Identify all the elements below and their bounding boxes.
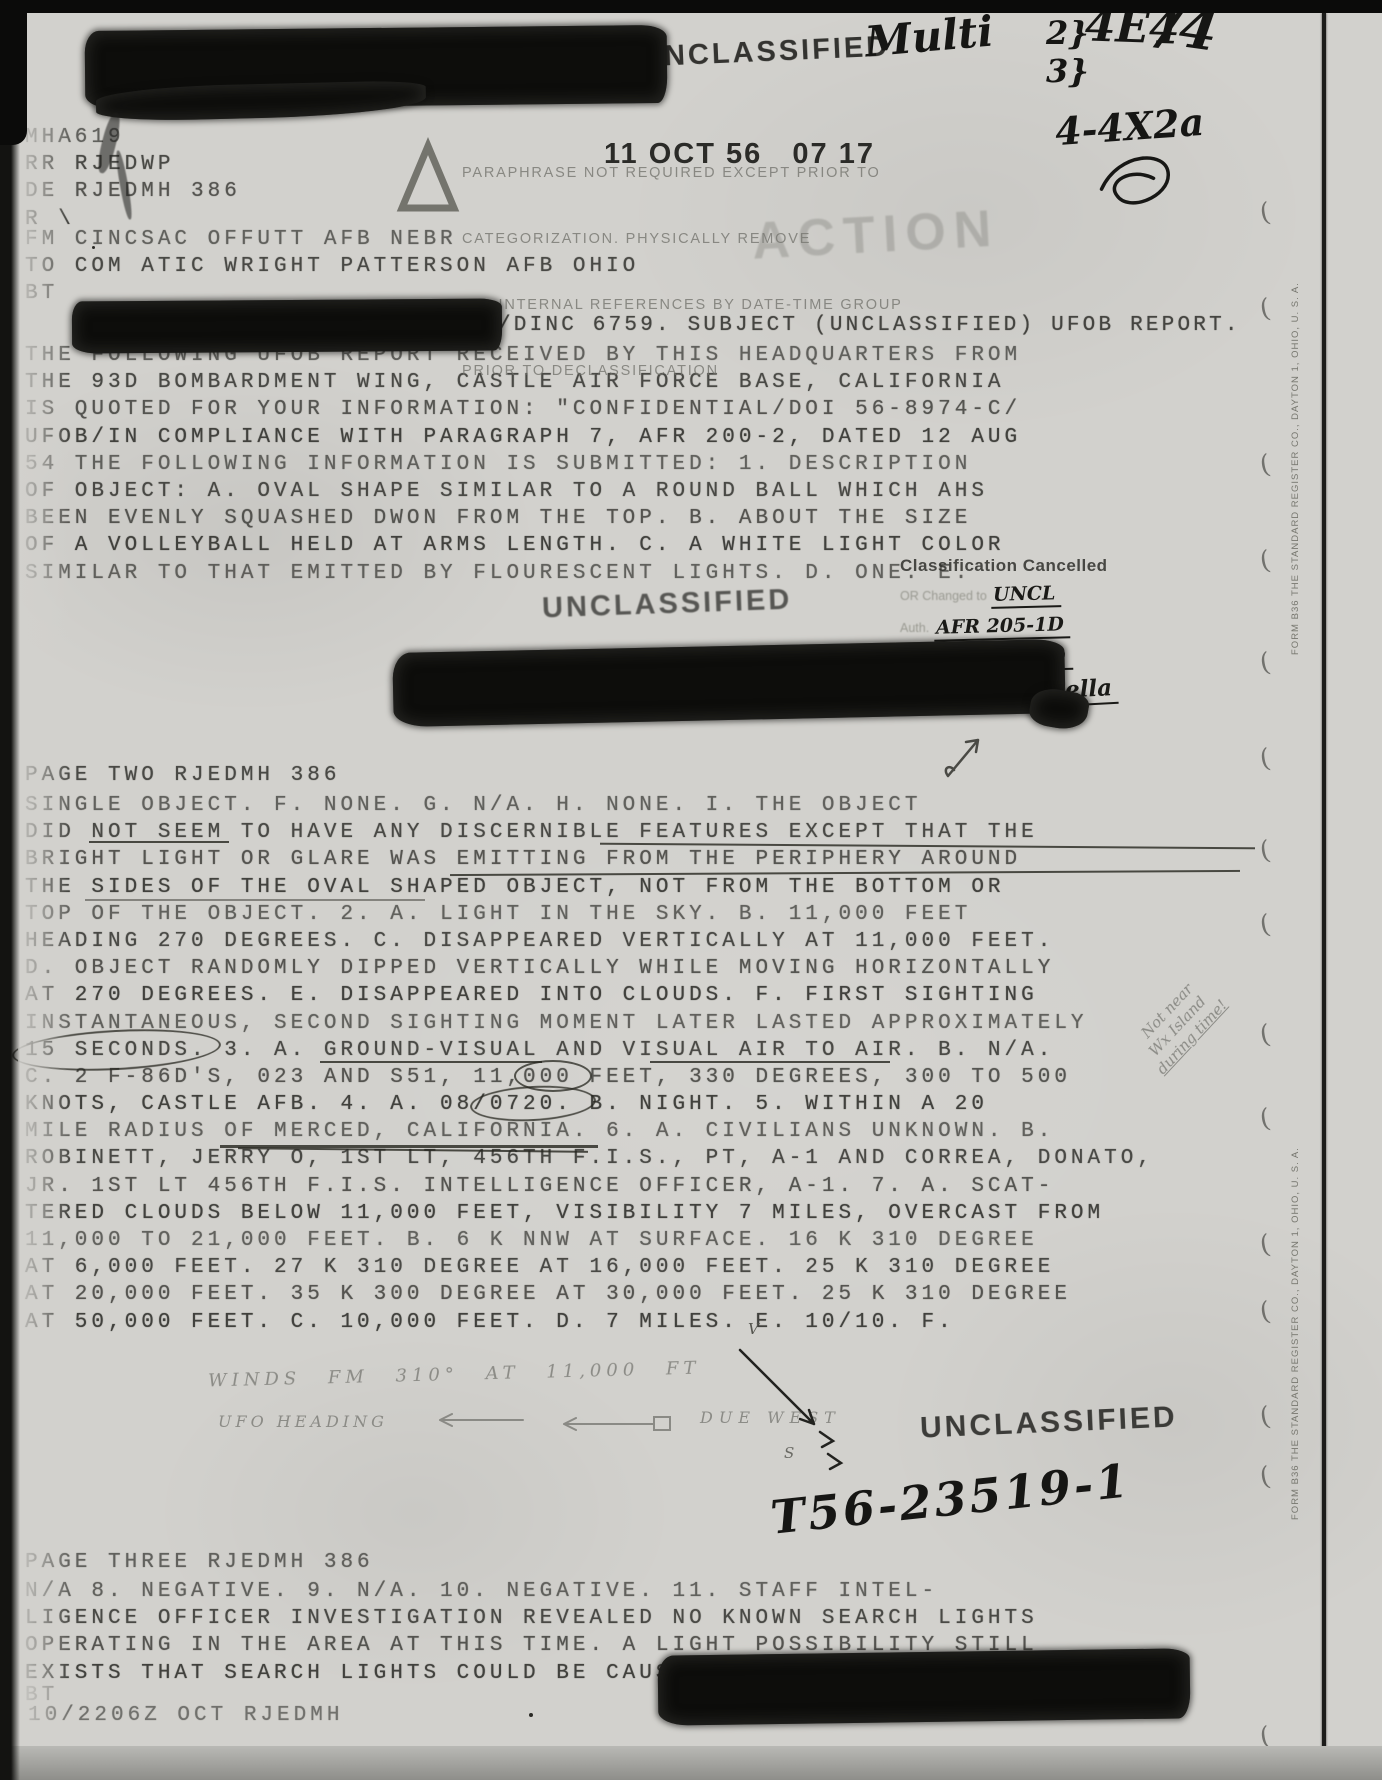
feed-hole-mark: ( [1257,1103,1272,1134]
typed-line: LIGENCE OFFICER INVESTIGATION REVEALED N… [25,1605,1038,1632]
feed-hole-mark: ( [1257,545,1272,576]
ink-underline [89,841,229,843]
scan-edge-corner [0,0,27,145]
handwritten-corner-3: 3} [1046,52,1089,90]
pencil-ufo-heading-note: UFO HEADING [218,1412,388,1431]
ink-speck [529,1713,533,1717]
teletype-header: MHA619RR RJEDWPDE RJEDMH 386R \ [25,124,241,233]
feed-hole-mark: ( [1257,197,1272,228]
typed-line: MILE RADIUS OF MERCED, CALIFORNIA. 6. A.… [25,1118,1154,1145]
scan-edge-left [0,0,20,1780]
page3-title: PAGE THREE RJEDMH 386 [25,1551,374,1574]
ink-speck [92,246,95,249]
typed-line: N/A 8. NEGATIVE. 9. N/A. 10. NEGATIVE. 1… [25,1578,1038,1605]
typed-line: AT 20,000 FEET. 35 K 300 DEGREE AT 30,00… [25,1281,1154,1308]
typed-line: SIMILAR TO THAT EMITTED BY FLOURESCENT L… [25,560,1021,587]
received-date-stamp: 11 OCT 56 07 17 [604,138,875,171]
typed-line: SINGLE OBJECT. F. NONE. G. N/A. H. NONE.… [25,792,1154,819]
page2-title: PAGE TWO RJEDMH 386 [25,764,340,787]
cc-changed-label: OR Changed to [900,589,987,603]
feed-hole-mark: ( [1257,835,1272,866]
typed-line: HEADING 270 DEGREES. C. DISAPPEARED VERT… [25,928,1154,955]
typed-line: D. OBJECT RANDOMLY DIPPED VERTICALLY WHI… [25,955,1154,982]
scan-edge-top [0,0,1382,13]
scan-edge-bottom [0,1746,1382,1780]
signoff-line: 10/2206Z OCT RJEDMH [28,1704,343,1727]
ink-underline [650,1061,890,1063]
feed-hole-mark: ( [1257,293,1272,324]
typed-line: AT 6,000 FEET. 27 K 310 DEGREE AT 16,000… [25,1254,1154,1281]
typed-line: MHA619 [25,124,241,151]
feed-hole-mark: ( [1257,1296,1272,1327]
typed-line: OF OBJECT: A. OVAL SHAPE SIMILAR TO A RO… [25,478,1021,505]
ink-flourish [1095,142,1179,225]
ink-diagonal-arrow [722,1336,872,1486]
typed-line: ROBINETT, JERRY O, 1ST LT, 456TH F.I.S.,… [25,1145,1154,1172]
form-maker-edge-text: FORM B36 THE STANDARD REGISTER CO., DAYT… [1290,1112,1301,1520]
cc-auth-label: Auth. [900,621,929,635]
feed-hole-mark: ( [1257,647,1272,678]
typed-line: THE SIDES OF THE OVAL SHAPED OBJECT, NOT… [25,874,1154,901]
ink-underline [85,899,425,901]
cc-changed-value: UNCL [991,582,1062,609]
handwritten-corner-2: 2} [1046,14,1089,52]
typed-line: RR RJEDWP [25,151,241,178]
cc-auth-value: AFR 205-1D [933,613,1069,642]
pencil-winds-note: WINDS FM 310° AT 11,000 FT [208,1358,701,1392]
typed-line: AT 270 DEGREES. E. DISAPPEARED INTO CLOU… [25,982,1154,1009]
feed-hole-mark: ( [1257,743,1272,774]
feed-hole-mark: ( [1257,909,1272,940]
typed-line: BEEN EVENLY SQUASHED DWON FROM THE TOP. … [25,505,1021,532]
redaction-bar [658,1648,1191,1725]
ink-underline [320,1061,542,1063]
redaction-bar [392,639,1065,727]
typed-line: UFOB/IN COMPLIANCE WITH PARAGRAPH 7, AFR… [25,424,1021,451]
cc-title: Classification Cancelled [900,556,1160,576]
typed-line: DE RJEDMH 386 [25,178,241,205]
cc-changed-row: OR Changed to UNCL [900,583,1160,608]
typed-line: JR. 1ST LT 456TH F.I.S. INTELLIGENCE OFF… [25,1173,1154,1200]
unclassified-stamp-top: UNCLASSIFIED [639,31,890,75]
unclassified-stamp-bottom: UNCLASSIFIED [919,1400,1178,1445]
typed-line: AT 50,000 FEET. C. 10,000 FEET. D. 7 MIL… [25,1309,1154,1336]
typed-line: BRIGHT LIGHT OR GLARE WAS EMITTING FROM … [25,846,1154,873]
typed-line: 11,000 TO 21,000 FEET. B. 6 K NNW AT SUR… [25,1227,1154,1254]
feed-hole-mark: ( [1257,1461,1272,1492]
handwritten-multi: Multi [863,7,995,67]
pencil-check-arrow [938,728,990,789]
feed-hole-mark: ( [1257,1229,1272,1260]
typed-line: TOP OF THE OBJECT. 2. A. LIGHT IN THE SK… [25,901,1154,928]
unclassified-stamp-middle: UNCLASSIFIED [542,584,793,626]
cc-auth-row: Auth. AFR 205-1D [900,615,1160,640]
typed-line: TERED CLOUDS BELOW 11,000 FEET, VISIBILI… [25,1200,1154,1227]
typed-line: OF A VOLLEYBALL HELD AT ARMS LENGTH. C. … [25,532,1021,559]
paraphrase-line: PRIOR TO DECLASSIFICATION [462,360,903,382]
feed-hole-mark: ( [1257,1401,1272,1432]
paraphrase-line: ALL INTERNAL REFERENCES BY DATE-TIME GRO… [462,294,903,316]
typed-line: 54 THE FOLLOWING INFORMATION IS SUBMITTE… [25,451,1021,478]
form-maker-edge-text: FORM B36 THE STANDARD REGISTER CO., DAYT… [1290,265,1301,655]
pencil-west-arrows [428,1408,678,1441]
feed-hole-mark: ( [1257,449,1272,480]
redaction-bar [72,298,502,353]
action-ghost-stamp: ACTION [751,199,1001,272]
scanned-telegram-document: FORM B36 THE STANDARD REGISTER CO., DAYT… [0,0,1382,1780]
triangle-a-logo [398,138,458,221]
feed-hole-mark: ( [1257,1019,1272,1050]
form-feed-rule [1322,13,1326,1750]
